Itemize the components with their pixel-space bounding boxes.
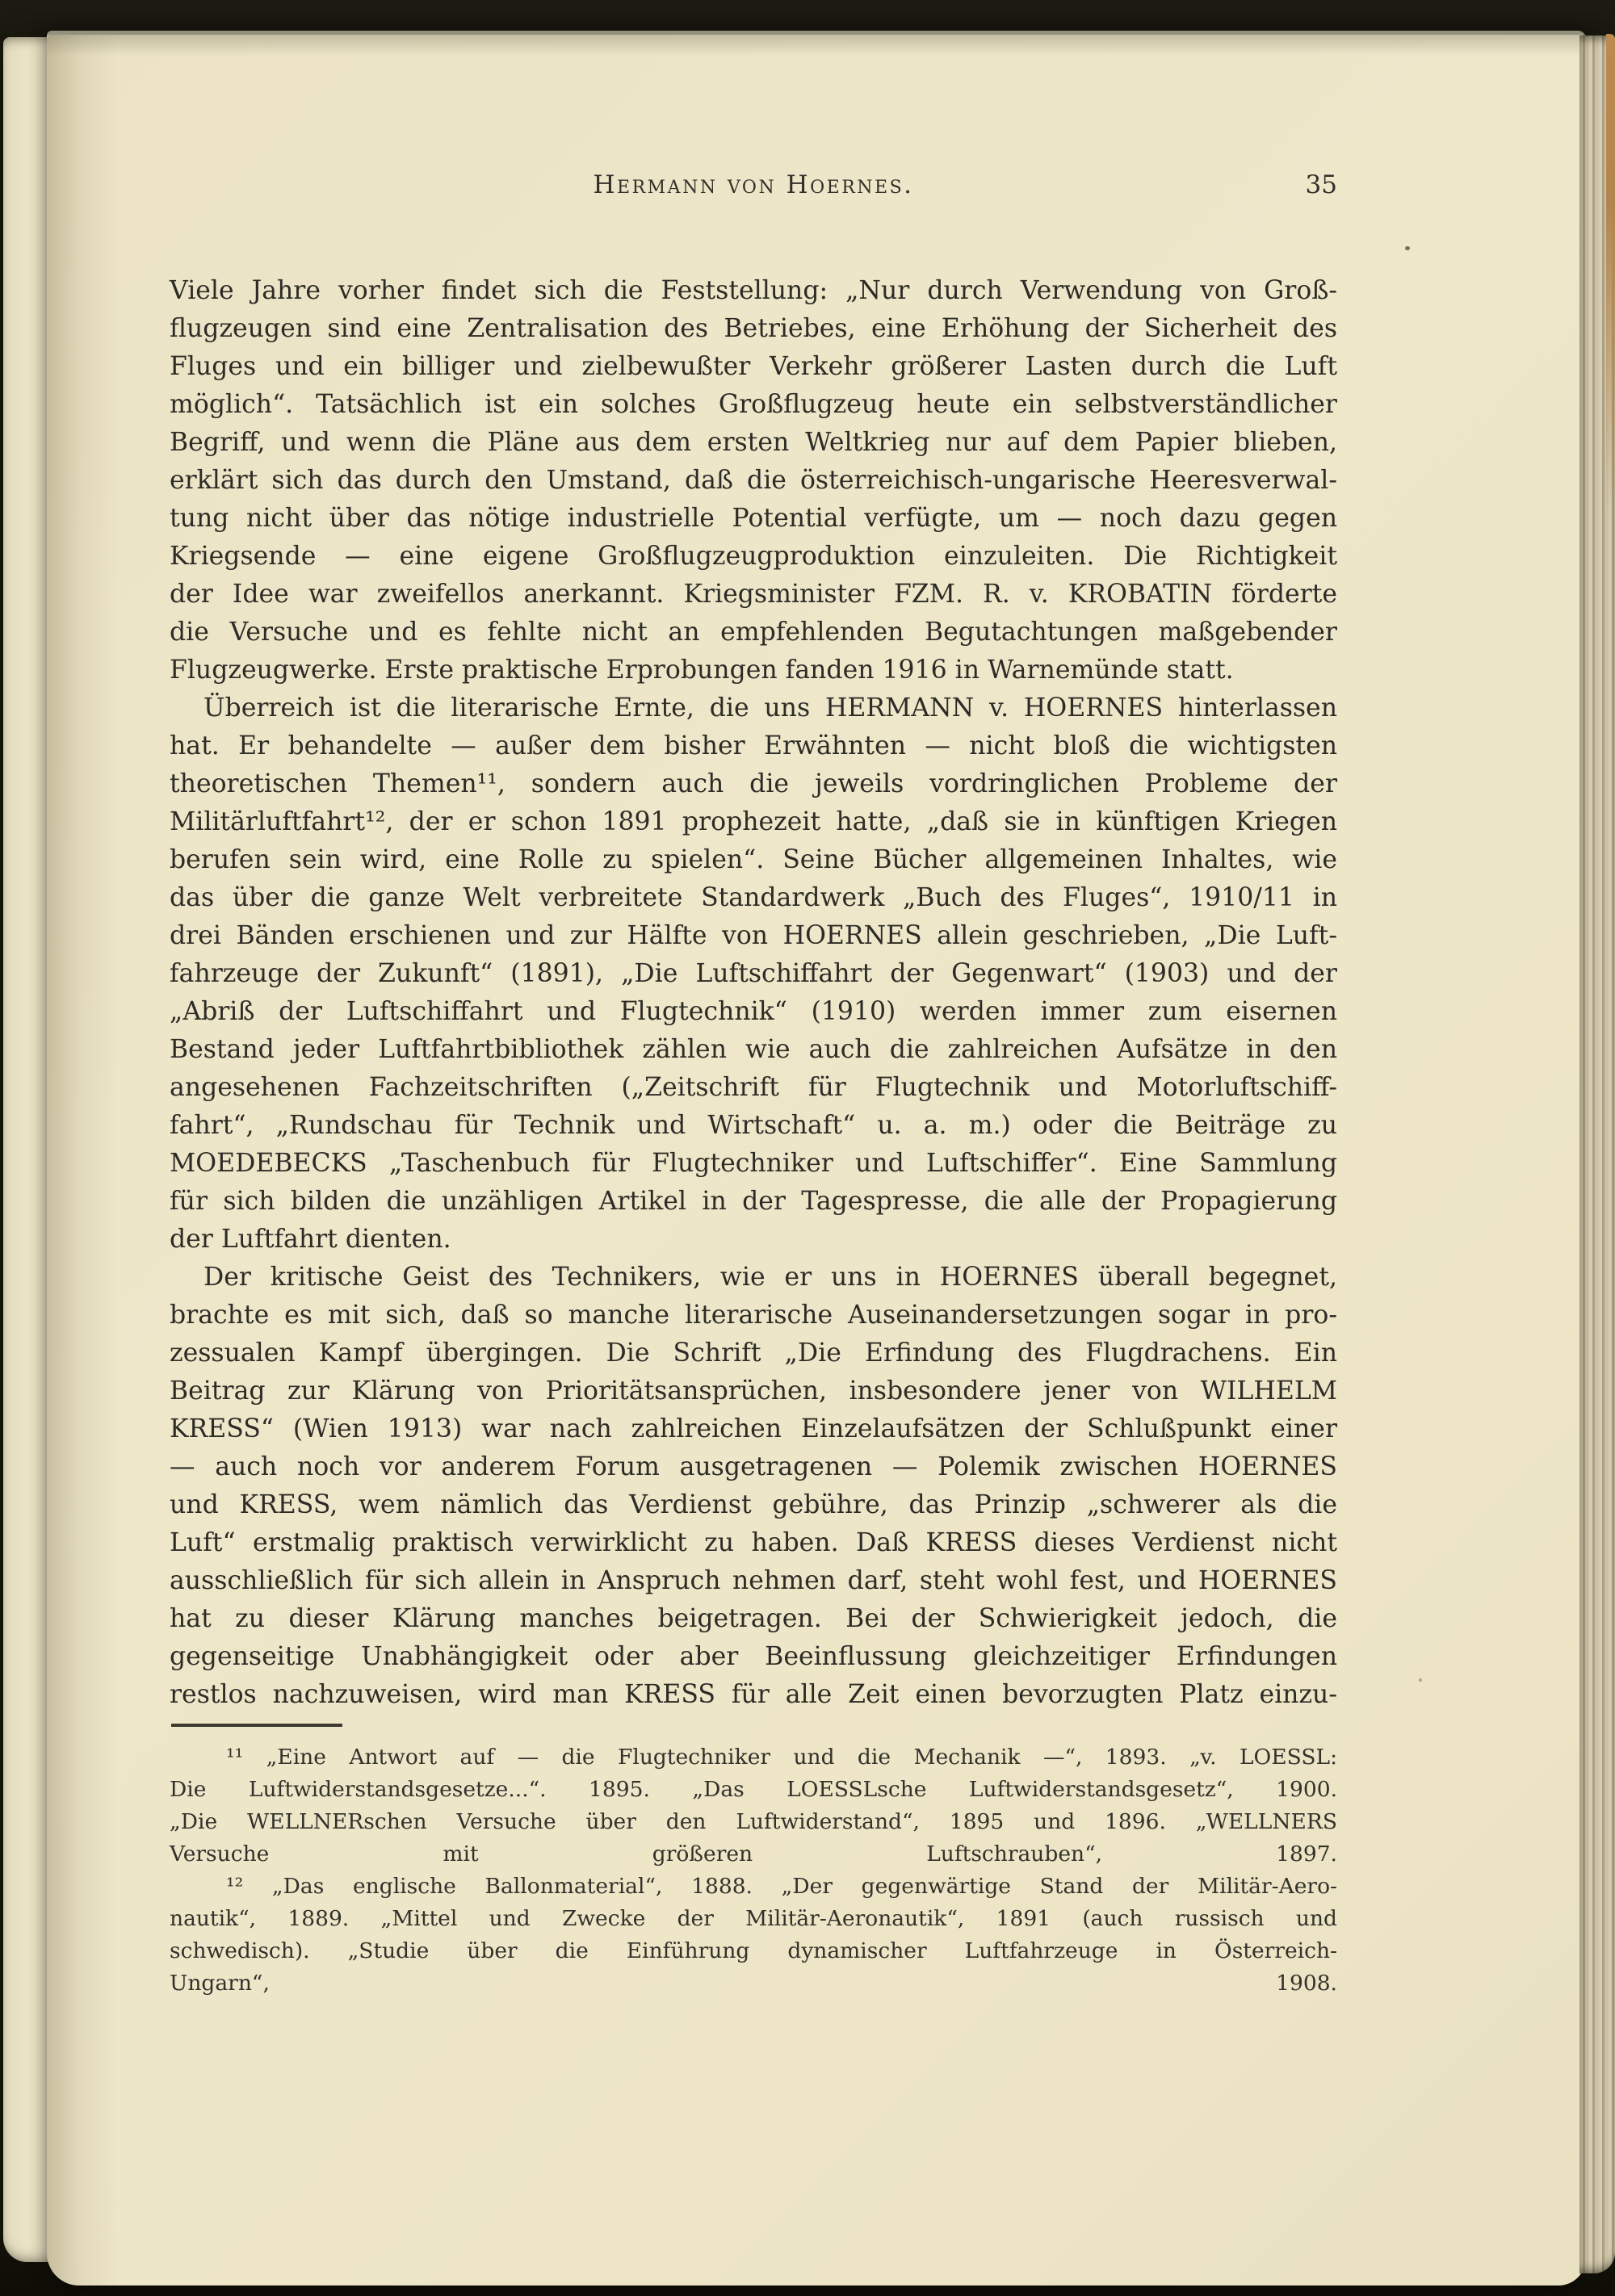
text-line: flugzeugen sind eine Zentralisation des … <box>170 310 1337 348</box>
text-line: hat zu dieser Klärung manches beigetrage… <box>170 1600 1337 1638</box>
text-line: und KRESS, wem nämlich das Verdienst geb… <box>170 1486 1337 1524</box>
text-line: Begriff, und wenn die Pläne aus dem erst… <box>170 424 1337 462</box>
text-line: berufen sein wird, eine Rolle zu spielen… <box>170 841 1337 879</box>
text-line: schwedisch). „Studie über die Einführung… <box>170 1935 1337 1967</box>
running-header-title: Hermann von Hoernes. <box>170 170 1337 199</box>
text-line: KRESS“ (Wien 1913) war nach zahlreichen … <box>170 1410 1337 1448</box>
text-line: ¹² „Das englische Ballonmaterial“, 1888.… <box>170 1871 1337 1903</box>
body-paragraph-3: Der kritische Geist des Technikers, wie … <box>170 1259 1337 1714</box>
text-line: ¹¹ „Eine Antwort auf — die Flugtechniker… <box>170 1741 1337 1774</box>
text-line: Versuche mit größeren Luftschrauben“, 18… <box>170 1838 1337 1871</box>
text-line: für sich bilden die unzähligen Artikel i… <box>170 1183 1337 1221</box>
ink-speck <box>1405 246 1410 250</box>
text-line: brachte es mit sich, daß so manche liter… <box>170 1297 1337 1334</box>
page-body: Viele Jahre vorher findet sich die Fests… <box>170 272 1337 1714</box>
text-line: möglich“. Tatsächlich ist ein solches Gr… <box>170 386 1337 424</box>
text-line: drei Bänden erschienen und zur Hälfte vo… <box>170 917 1337 955</box>
text-line: fahrt“, „Rundschau für Technik und Wirts… <box>170 1107 1337 1145</box>
footnotes-block: ¹¹ „Eine Antwort auf — die Flugtechniker… <box>170 1741 1337 2000</box>
footnote-separator <box>171 1724 342 1727</box>
text-line: Die Luftwiderstandsgesetze...“. 1895. „D… <box>170 1774 1337 1806</box>
text-line: fahrzeuge der Zukunft“ (1891), „Die Luft… <box>170 955 1337 993</box>
text-line: Fluges und ein billiger und zielbewußter… <box>170 348 1337 386</box>
page-number: 35 <box>1306 170 1337 199</box>
body-paragraph-2: Überreich ist die literarische Ernte, di… <box>170 689 1337 1259</box>
text-line: ausschließlich für sich allein in Anspru… <box>170 1562 1337 1600</box>
text-line: hat. Er behandelte — außer dem bisher Er… <box>170 727 1337 765</box>
text-line: „Die WELLNERschen Versuche über den Luft… <box>170 1806 1337 1838</box>
page-content: Hermann von Hoernes. 35 Viele Jahre vorh… <box>170 35 1337 2286</box>
text-line: erklärt sich das durch den Umstand, daß … <box>170 462 1337 500</box>
text-line: der Idee war zweifellos anerkannt. Krieg… <box>170 576 1337 614</box>
text-line: Luft“ erstmalig praktisch verwirklicht z… <box>170 1524 1337 1562</box>
book-page: Hermann von Hoernes. 35 Viele Jahre vorh… <box>47 31 1586 2286</box>
text-line: Militärluftfahrt¹², der er schon 1891 pr… <box>170 803 1337 841</box>
text-line: zessualen Kampf übergingen. Die Schrift … <box>170 1334 1337 1372</box>
text-line: theoretischen Themen¹¹, sondern auch die… <box>170 765 1337 803</box>
text-line: Flugzeugwerke. Erste praktische Erprobun… <box>170 652 1337 689</box>
text-line: Überreich ist die literarische Ernte, di… <box>170 689 1337 727</box>
body-paragraph-1: Viele Jahre vorher findet sich die Fests… <box>170 272 1337 689</box>
text-line: das über die ganze Welt verbreitete Stan… <box>170 879 1337 917</box>
running-header-row: Hermann von Hoernes. 35 <box>170 170 1337 206</box>
footnote-12: ¹² „Das englische Ballonmaterial“, 1888.… <box>170 1871 1337 2000</box>
text-line: — auch noch vor anderem Forum ausgetrage… <box>170 1448 1337 1486</box>
text-line: die Versuche und es fehlte nicht an empf… <box>170 614 1337 652</box>
text-line: Ungarn“, 1908. <box>170 1967 1337 2000</box>
book-scan: Hermann von Hoernes. 35 Viele Jahre vorh… <box>0 0 1615 2296</box>
text-line: Viele Jahre vorher findet sich die Fests… <box>170 272 1337 310</box>
text-line: Kriegsende — eine eigene Großflugzeugpro… <box>170 538 1337 576</box>
text-line: Der kritische Geist des Technikers, wie … <box>170 1259 1337 1297</box>
text-line: tung nicht über das nötige industrielle … <box>170 500 1337 538</box>
text-line: MOEDEBECKS „Taschenbuch für Flugtechnike… <box>170 1145 1337 1183</box>
text-line: Bestand jeder Luftfahrtbibliothek zählen… <box>170 1031 1337 1069</box>
text-line: Beitrag zur Klärung von Prioritätsansprü… <box>170 1372 1337 1410</box>
text-line: nautik“, 1889. „Mittel und Zwecke der Mi… <box>170 1903 1337 1935</box>
book-cover-edge <box>1606 34 1615 518</box>
text-line: der Luftfahrt dienten. <box>170 1221 1337 1259</box>
text-line: angesehenen Fachzeitschriften („Zeitschr… <box>170 1069 1337 1107</box>
text-line: gegenseitige Unabhängigkeit oder aber Be… <box>170 1638 1337 1676</box>
ink-speck <box>1419 1678 1422 1682</box>
text-line: restlos nachzuweisen, wird man KRESS für… <box>170 1676 1337 1714</box>
text-line: „Abriß der Luftschiffahrt und Flugtechni… <box>170 993 1337 1031</box>
footnote-11: ¹¹ „Eine Antwort auf — die Flugtechniker… <box>170 1741 1337 1871</box>
